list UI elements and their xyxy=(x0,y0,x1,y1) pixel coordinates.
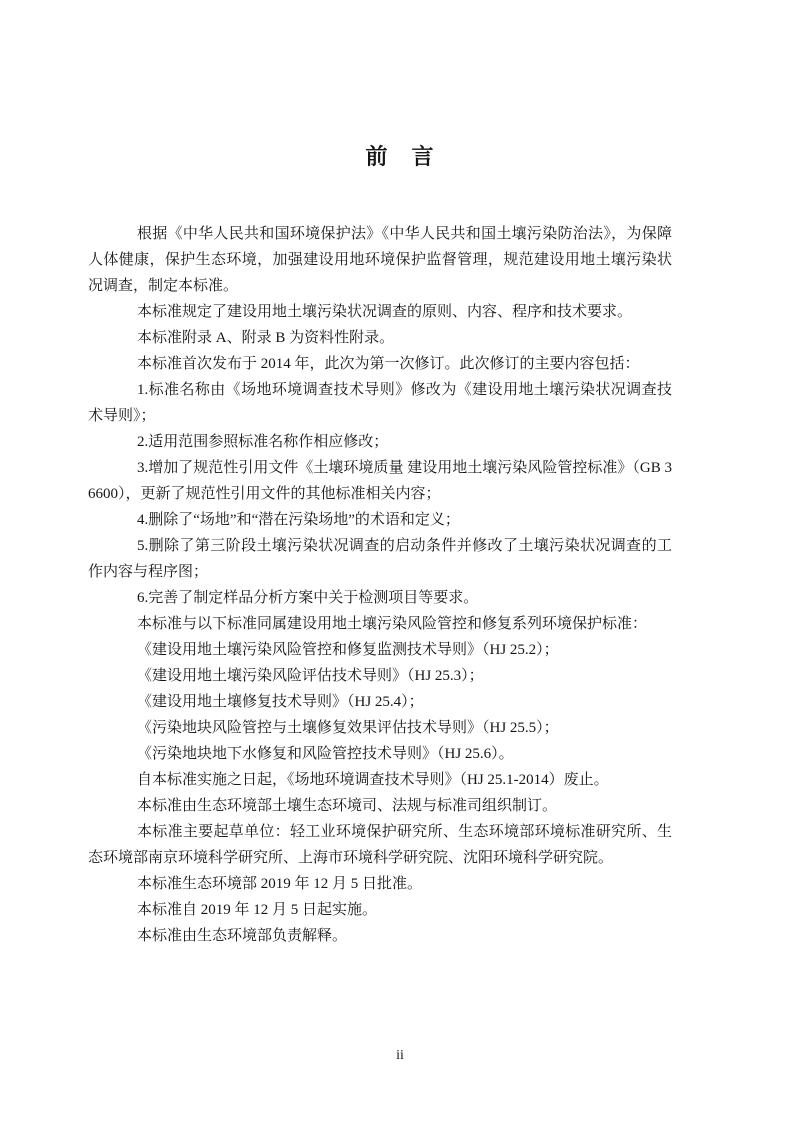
page-number: ii xyxy=(0,1046,800,1066)
paragraph: 6.完善了制定样品分析方案中关于检测项目等要求。 xyxy=(88,585,672,611)
preface-body: 根据《中华人民共和国环境保护法》《中华人民共和国土壤污染防治法》，为保障人体健康… xyxy=(88,221,672,949)
paragraph: 《污染地块风险管控与土壤修复效果评估技术导则》（HJ 25.5）； xyxy=(88,715,672,741)
paragraph: 2.适用范围参照标准名称作相应修改； xyxy=(88,429,672,455)
paragraph: 本标准规定了建设用地土壤污染状况调查的原则、内容、程序和技术要求。 xyxy=(88,299,672,325)
paragraph: 《建设用地土壤修复技术导则》（HJ 25.4）； xyxy=(88,689,672,715)
paragraph: 根据《中华人民共和国环境保护法》《中华人民共和国土壤污染防治法》，为保障人体健康… xyxy=(88,221,672,299)
paragraph: 1.标准名称由《场地环境调查技术导则》修改为《建设用地土壤污染状况调查技术导则》… xyxy=(88,377,672,429)
paragraph: 5.删除了第三阶段土壤污染状况调查的启动条件并修改了土壤污染状况调查的工作内容与… xyxy=(88,533,672,585)
document-page: 前 言 根据《中华人民共和国环境保护法》《中华人民共和国土壤污染防治法》，为保障… xyxy=(0,0,800,1132)
paragraph: 本标准由生态环境部土壤生态环境司、法规与标准司组织制订。 xyxy=(88,793,672,819)
paragraph: 《建设用地土壤污染风险评估技术导则》（HJ 25.3）； xyxy=(88,663,672,689)
paragraph: 自本标准实施之日起，《场地环境调查技术导则》（HJ 25.1-2014）废止。 xyxy=(88,767,672,793)
paragraph: 本标准自 2019 年 12 月 5 日起实施。 xyxy=(88,897,672,923)
paragraph: 本标准与以下标准同属建设用地土壤污染风险管控和修复系列环境保护标准： xyxy=(88,611,672,637)
paragraph: 本标准首次发布于 2014 年，此次为第一次修订。此次修订的主要内容包括： xyxy=(88,351,672,377)
paragraph: 《建设用地土壤污染风险管控和修复监测技术导则》（HJ 25.2）； xyxy=(88,637,672,663)
page-title: 前 言 xyxy=(0,144,800,170)
paragraph: 3.增加了规范性引用文件《土壤环境质量 建设用地土壤污染风险管控标准》（GB 3… xyxy=(88,455,672,507)
paragraph: 本标准附录 A、附录 B 为资料性附录。 xyxy=(88,325,672,351)
paragraph: 本标准主要起草单位：轻工业环境保护研究所、生态环境部环境标准研究所、生态环境部南… xyxy=(88,819,672,871)
paragraph: 本标准生态环境部 2019 年 12 月 5 日批准。 xyxy=(88,871,672,897)
paragraph: 《污染地块地下水修复和风险管控技术导则》（HJ 25.6）。 xyxy=(88,741,672,767)
paragraph: 本标准由生态环境部负责解释。 xyxy=(88,923,672,949)
paragraph: 4.删除了“场地”和“潜在污染场地”的术语和定义； xyxy=(88,507,672,533)
